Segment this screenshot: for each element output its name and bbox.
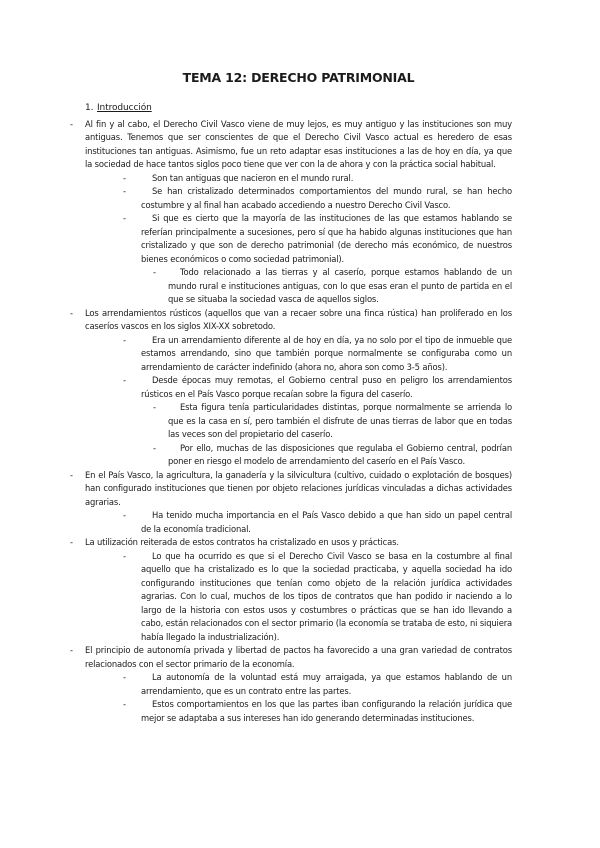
list-item-text: Se han cristalizado determinados comport… [141, 186, 512, 210]
list-item-text: Era un arrendamiento diferente al de hoy… [141, 335, 512, 372]
list-item-text: Estos comportamientos en los que las par… [141, 699, 512, 723]
list-item-text: En el País Vasco, la agricultura, la gan… [85, 470, 512, 507]
list-item-text: La autonomía de la voluntad está muy arr… [141, 672, 512, 696]
list-item: - La utilización reiterada de estos cont… [0, 536, 600, 550]
list-item: - El principio de autonomía privada y li… [0, 644, 600, 671]
list-item-text: Lo que ha ocurrido es que si el Derecho … [141, 551, 512, 642]
bullet-marker: - [123, 698, 126, 712]
list-item-text: Todo relacionado a las tierras y al case… [168, 267, 512, 304]
list-item: - Desde épocas muy remotas, el Gobierno … [0, 374, 600, 401]
list-item-text: Desde épocas muy remotas, el Gobierno ce… [141, 375, 512, 399]
list-item-text: El principio de autonomía privada y libe… [85, 645, 512, 669]
list-item: - Lo que ha ocurrido es que si el Derech… [0, 550, 600, 645]
list-item: - Ha tenido mucha importancia en el País… [0, 509, 600, 536]
bullet-marker: - [153, 442, 156, 456]
list-item: - En el País Vasco, la agricultura, la g… [0, 469, 600, 510]
list-item-text: La utilización reiterada de estos contra… [85, 537, 399, 547]
list-item: - Por ello, muchas de las disposiciones … [0, 442, 600, 469]
list-item: - Todo relacionado a las tierras y al ca… [0, 266, 600, 307]
bullet-marker: - [123, 509, 126, 523]
section-number: 1. [85, 102, 93, 116]
list-item: - Si que es cierto que la mayoría de las… [0, 212, 600, 266]
list-item-text: Esta figura tenía particularidades disti… [168, 402, 512, 439]
bullet-marker: - [123, 671, 126, 685]
list-item-text: Al fin y al cabo, el Derecho Civil Vasco… [85, 119, 512, 170]
list-item-text: Por ello, muchas de las disposiciones qu… [168, 443, 512, 467]
document-title: TEMA 12: DERECHO PATRIMONIAL [0, 71, 600, 85]
list: - Al fin y al cabo, el Derecho Civil Vas… [0, 118, 600, 726]
bullet-marker: - [123, 172, 126, 186]
document-page: TEMA 12: DERECHO PATRIMONIAL 1. Introduc… [0, 0, 600, 848]
bullet-marker: - [70, 307, 73, 321]
list-item-text: Ha tenido mucha importancia en el País V… [141, 510, 512, 534]
bullet-marker: - [153, 401, 156, 415]
list-item: - Esta figura tenía particularidades dis… [0, 401, 600, 442]
bullet-marker: - [123, 185, 126, 199]
bullet-marker: - [123, 212, 126, 226]
list-item: - Era un arrendamiento diferente al de h… [0, 334, 600, 375]
bullet-marker: - [123, 550, 126, 564]
bullet-marker: - [123, 374, 126, 388]
bullet-marker: - [70, 644, 73, 658]
bullet-marker: - [123, 334, 126, 348]
bullet-marker: - [153, 266, 156, 280]
list-item: - Son tan antiguas que nacieron en el mu… [0, 172, 600, 186]
list-item: - Al fin y al cabo, el Derecho Civil Vas… [0, 118, 600, 172]
list-item-text: Son tan antiguas que nacieron en el mund… [152, 173, 353, 183]
bullet-marker: - [70, 118, 73, 132]
list-item: - La autonomía de la voluntad está muy a… [0, 671, 600, 698]
bullet-marker: - [70, 536, 73, 550]
list-item: - Los arrendamientos rústicos (aquellos … [0, 307, 600, 334]
list-item: - Se han cristalizado determinados compo… [0, 185, 600, 212]
section-heading-text: Introducción [97, 103, 152, 113]
list-item-text: Si que es cierto que la mayoría de las i… [141, 213, 512, 264]
bullet-marker: - [70, 469, 73, 483]
list-item: - Estos comportamientos en los que las p… [0, 698, 600, 725]
section-heading: 1. Introducción [0, 102, 600, 116]
list-item-text: Los arrendamientos rústicos (aquellos qu… [85, 308, 512, 332]
